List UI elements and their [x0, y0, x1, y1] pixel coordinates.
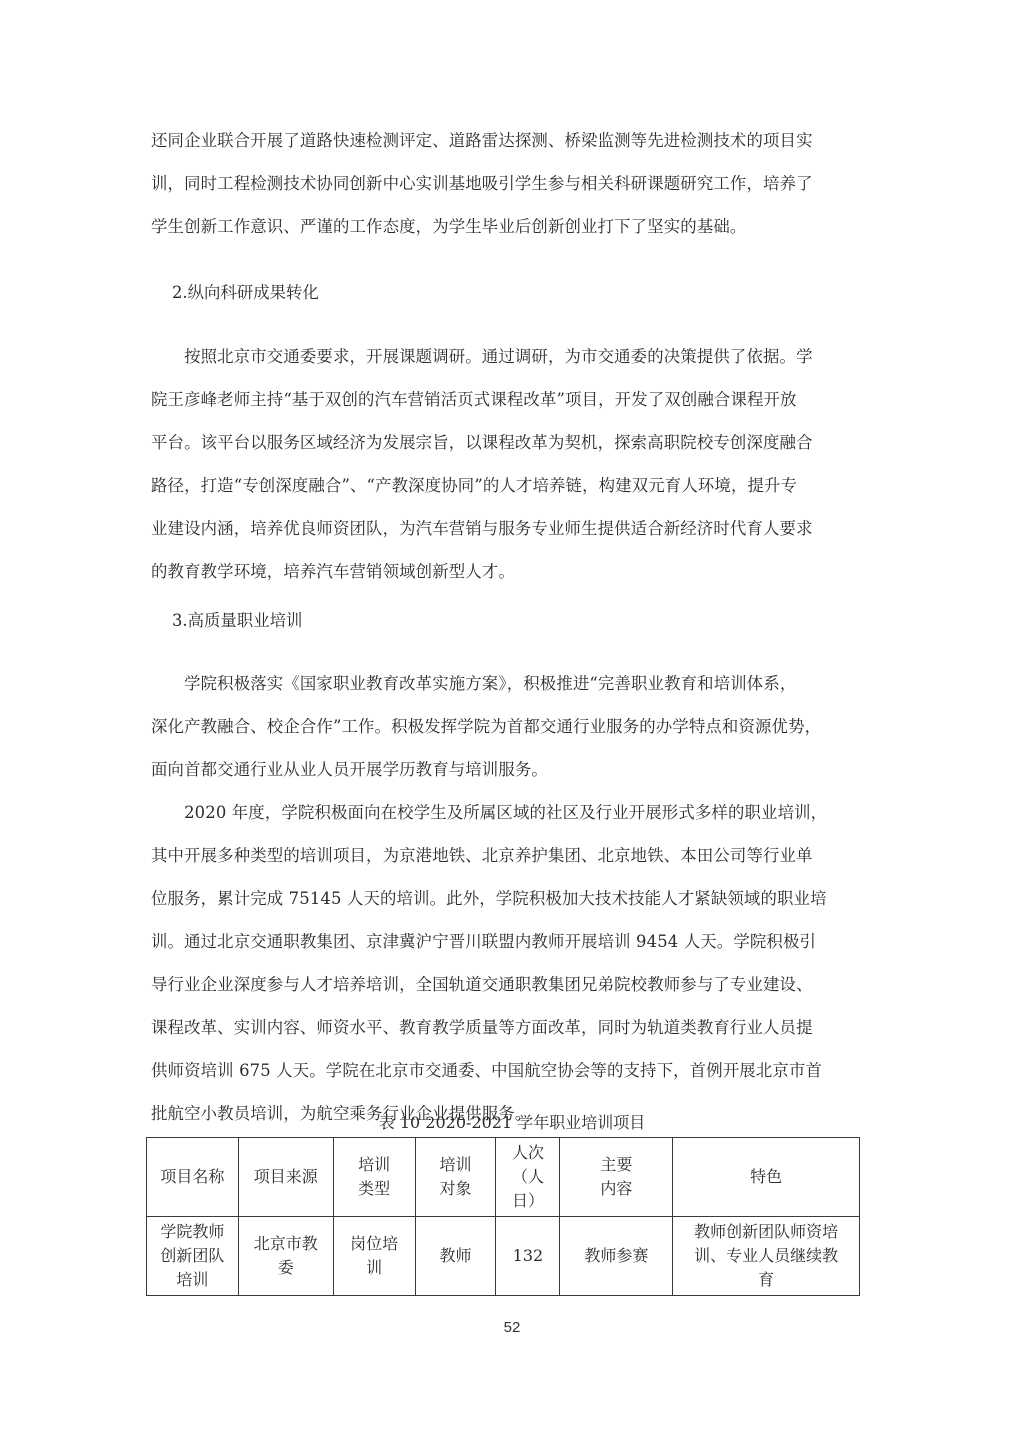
- table-header-row: 项目名称 项目来源 培训类型 培训对象 人次（人日） 主要内容 特色: [147, 1138, 860, 1217]
- paragraph-line: 训。通过北京交通职教集团、京津冀沪宁晋川联盟内教师开展培训 9454 人天。学院…: [151, 931, 871, 953]
- paragraph-line: 位服务，累计完成 75145 人天的培训。此外，学院积极加大技术技能人才紧缺领域…: [151, 888, 871, 910]
- paragraph-line: 导行业企业深度参与人才培养培训，全国轨道交通职教集团兄弟院校教师参与了专业建设、: [151, 974, 871, 996]
- paragraph-line: 院王彦峰老师主持“基于双创的汽车营销活页式课程改革”项目，开发了双创融合课程开放: [151, 389, 871, 411]
- header-project-name: 项目名称: [147, 1138, 239, 1217]
- cell-main-content: 教师参赛: [560, 1217, 673, 1296]
- cell-features: 教师创新团队师资培训、专业人员继续教育: [673, 1217, 860, 1296]
- header-training-type: 培训类型: [333, 1138, 415, 1217]
- training-projects-table: 项目名称 项目来源 培训类型 培训对象 人次（人日） 主要内容 特色 学院教师创…: [146, 1137, 860, 1296]
- paragraph-line: 训，同时工程检测技术协同创新中心实训基地吸引学生参与相关科研课题研究工作，培养了: [151, 173, 871, 195]
- cell-training-type: 岗位培训: [333, 1217, 415, 1296]
- paragraph-line: 学生创新工作意识、严谨的工作态度，为学生毕业后创新创业打下了坚实的基础。: [151, 216, 871, 238]
- header-main-content: 主要内容: [560, 1138, 673, 1217]
- paragraph-line: 深化产教融合、校企合作”工作。积极发挥学院为首都交通行业服务的办学特点和资源优势…: [151, 716, 871, 738]
- header-training-target: 培训对象: [415, 1138, 496, 1217]
- header-person-days: 人次（人日）: [496, 1138, 560, 1217]
- paragraph-line: 课程改革、实训内容、师资水平、教育教学质量等方面改革，同时为轨道类教育行业人员提: [151, 1017, 871, 1039]
- paragraph-line: 学院积极落实《国家职业教育改革实施方案》，积极推进“完善职业教育和培训体系，: [151, 673, 871, 695]
- paragraph-line: 其中开展多种类型的培训项目，为京港地铁、北京养护集团、北京地铁、本田公司等行业单: [151, 845, 871, 867]
- page-number: 52: [0, 1319, 1024, 1336]
- paragraph-line: 供师资培训 675 人天。学院在北京市交通委、中国航空协会等的支持下，首例开展北…: [151, 1060, 871, 1082]
- header-project-source: 项目来源: [238, 1138, 333, 1217]
- section-heading: 3.高质量职业培训: [172, 610, 302, 632]
- paragraph-line: 的教育教学环境，培养汽车营销领域创新型人才。: [151, 561, 871, 583]
- table-row: 学院教师创新团队培训 北京市教委 岗位培训 教师 132 教师参赛 教师创新团队…: [147, 1217, 860, 1296]
- header-features: 特色: [673, 1138, 860, 1217]
- cell-project-source: 北京市教委: [238, 1217, 333, 1296]
- paragraph-line: 路径，打造“专创深度融合”、“产教深度协同”的人才培养链，构建双元育人环境，提升…: [151, 475, 871, 497]
- paragraph-line: 还同企业联合开展了道路快速检测评定、道路雷达探测、桥梁监测等先进检测技术的项目实: [151, 130, 871, 152]
- paragraph-line: 业建设内涵，培养优良师资团队，为汽车营销与服务专业师生提供适合新经济时代育人要求: [151, 518, 871, 540]
- cell-person-days: 132: [496, 1217, 560, 1296]
- paragraph-line: 2020 年度，学院积极面向在校学生及所属区域的社区及行业开展形式多样的职业培训…: [151, 802, 871, 824]
- paragraph-line: 平台。该平台以服务区域经济为发展宗旨，以课程改革为契机，探索高职院校专创深度融合: [151, 432, 871, 454]
- paragraph-line: 面向首都交通行业从业人员开展学历教育与培训服务。: [151, 759, 871, 781]
- paragraph-line: 按照北京市交通委要求，开展课题调研。通过调研，为市交通委的决策提供了依据。学: [151, 346, 871, 368]
- cell-training-target: 教师: [415, 1217, 496, 1296]
- table-caption: 表 10 2020-2021 学年职业培训项目: [0, 1112, 1024, 1134]
- cell-project-name: 学院教师创新团队培训: [147, 1217, 239, 1296]
- section-heading: 2.纵向科研成果转化: [172, 282, 319, 304]
